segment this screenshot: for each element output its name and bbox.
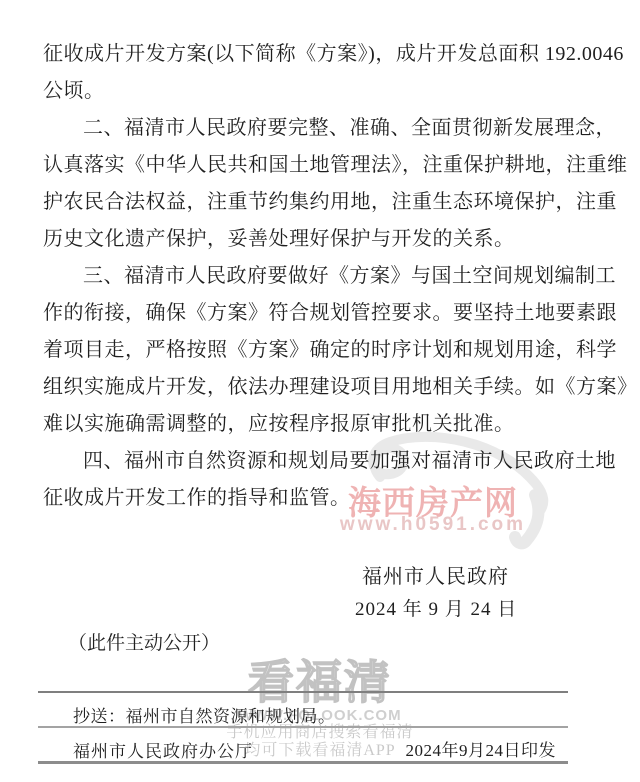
disclosure-note: （此件主动公开） [68,628,220,655]
signature-authority: 福州市人民政府 [362,560,509,589]
body-line: 护农民合法权益，注重节约集约用地，注重生态环境保护，注重 [43,184,597,221]
body-line: 组织实施成片开发，依法办理建设项目用地相关手续。如《方案》 [43,369,597,406]
document-body: 征收成片开发方案(以下简称《方案》)，成片开发总面积 192.0046 公顷。 … [43,36,597,517]
body-line: 历史文化遗产保护，妥善处理好保护与开发的关系。 [43,221,597,258]
footer-print-date: 2024年9月24日印发 [406,736,557,761]
footer-issuing-office: 福州市人民政府办公厅 [73,737,253,762]
body-line: 征收成片开发方案(以下简称《方案》)，成片开发总面积 192.0046 [43,36,597,73]
body-line: 认真落实《中华人民共和国土地管理法》，注重保护耕地，注重维 [43,147,597,184]
footer-rule-top [38,691,568,693]
footer-copy-to: 抄送：福州市自然资源和规划局。 [73,702,336,727]
body-line: 征收成片开发工作的指导和监管。 [43,480,597,517]
body-line: 二、福清市人民政府要完整、准确、全面贯彻新发展理念， [43,110,597,147]
body-line: 公顷。 [43,73,597,110]
watermark-fqlook-title: 看福清 [190,658,450,708]
signature-date: 2024 年 9 月 24 日 [355,594,517,621]
body-line: 三、福清市人民政府要做好《方案》与国土空间规划编制工 [43,258,597,295]
body-line: 四、福州市自然资源和规划局要加强对福清市人民政府土地 [43,443,597,480]
body-line: 着项目走，严格按照《方案》确定的时序计划和规划用途，科学 [43,332,597,369]
body-line: 作的衔接，确保《方案》符合规划管控要求。要坚持土地要素跟 [43,295,597,332]
watermark-hxfcw-url: www.h0591.com [338,514,528,536]
scanned-government-document: { "document": { "body_lines": [ "征收成片开发方… [0,0,640,782]
body-line: 难以实施确需调整的，应按程序报原审批机关批准。 [43,406,597,443]
